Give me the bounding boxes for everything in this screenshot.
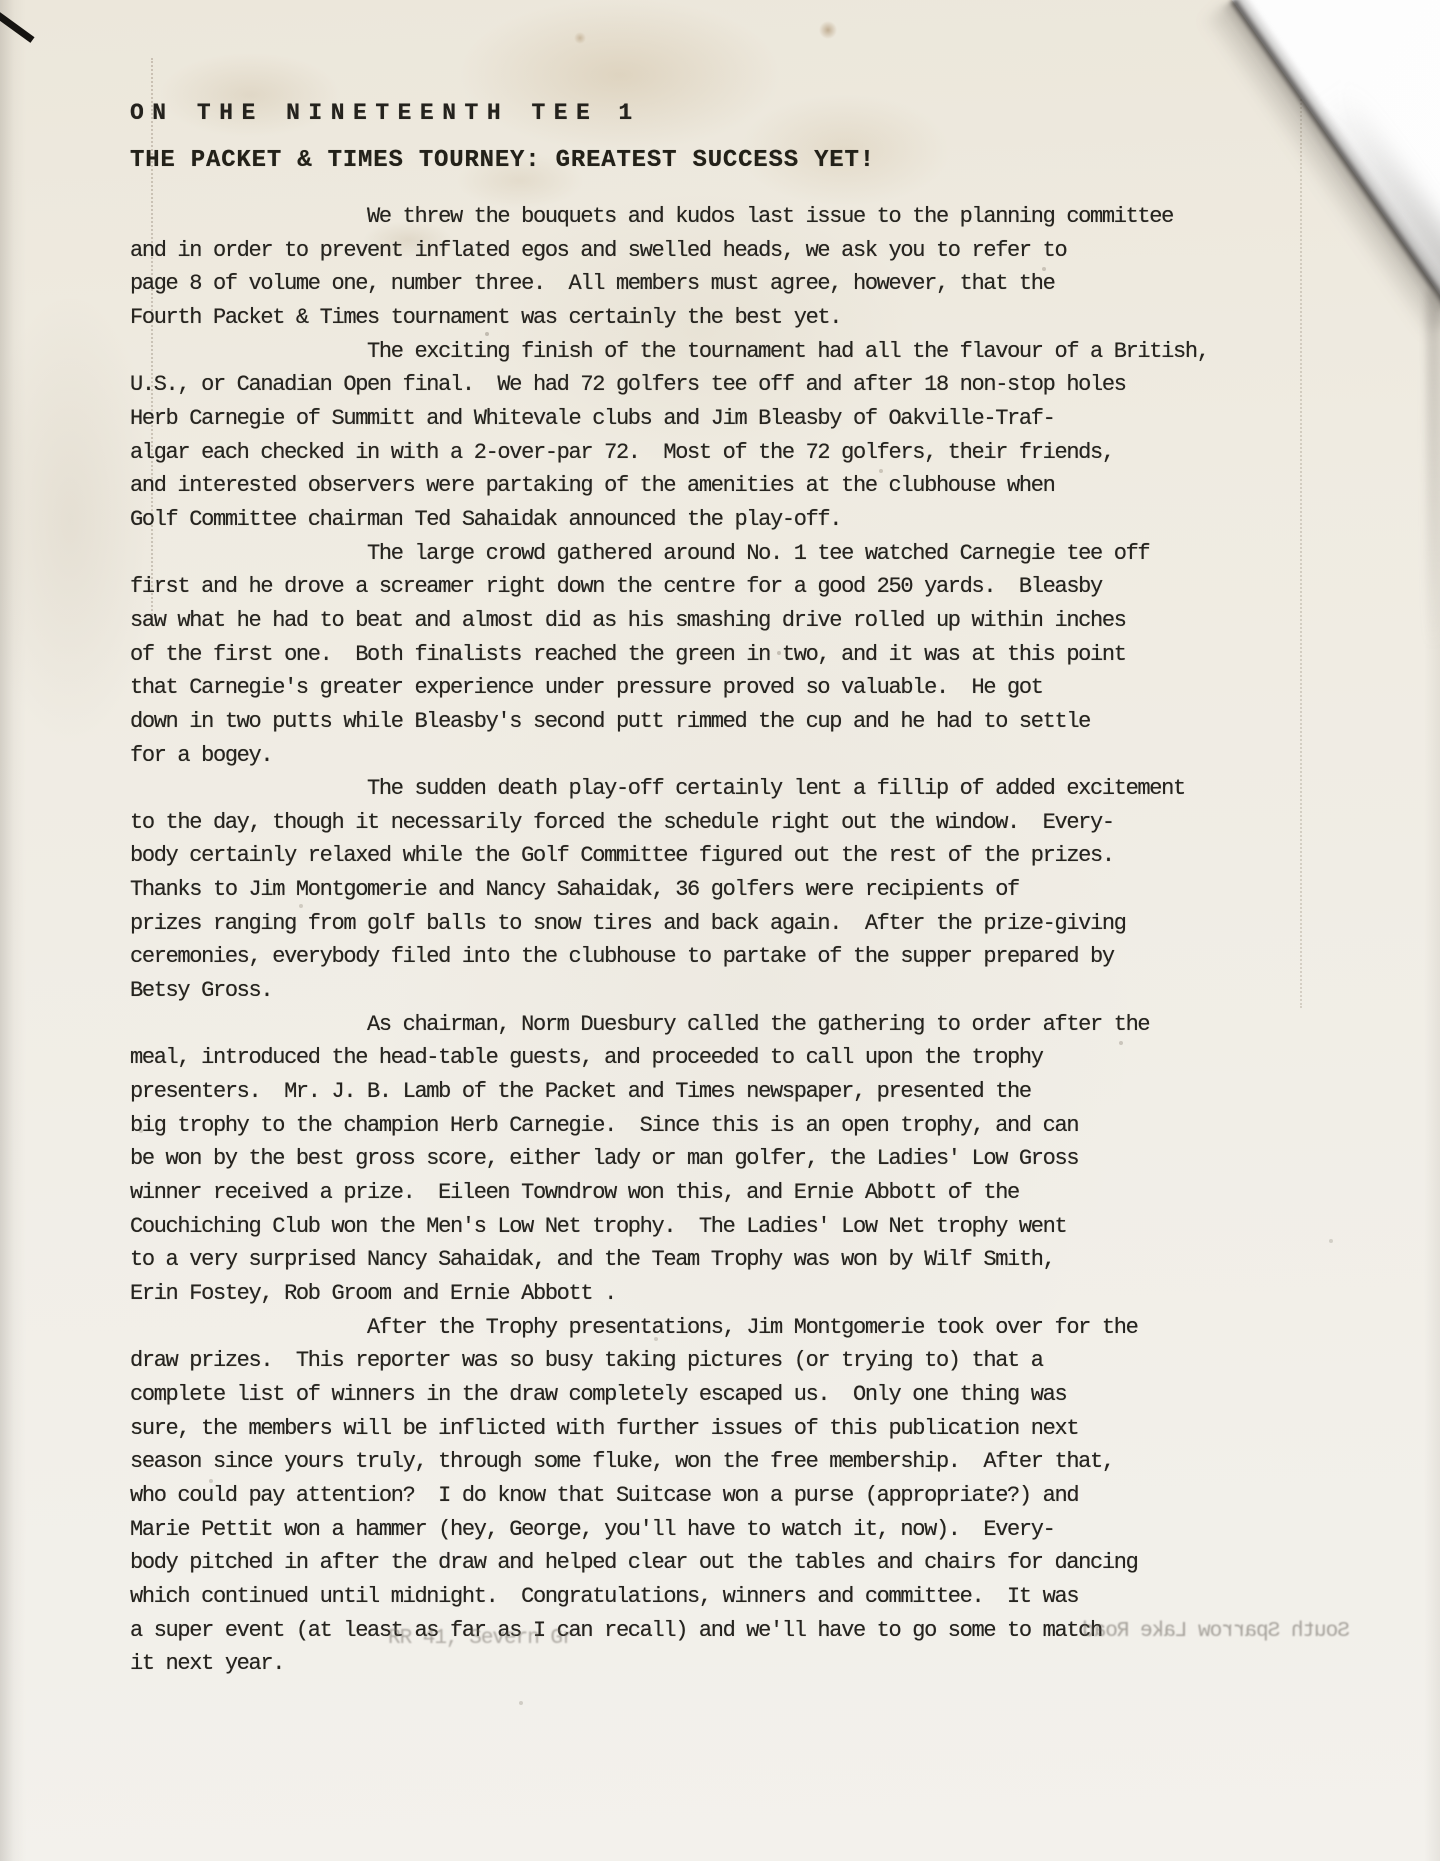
- body-paragraph: The sudden death play-off certainly lent…: [130, 772, 1230, 1008]
- fold-shadow-soft: [1195, 3, 1440, 343]
- article-body: We threw the bouquets and kudos last iss…: [130, 200, 1230, 1681]
- running-header: ON THE NINETEENTH TEE1: [130, 100, 632, 126]
- body-paragraph: The exciting finish of the tournament ha…: [130, 335, 1230, 537]
- body-paragraph: The large crowd gathered around No. 1 te…: [130, 537, 1230, 773]
- body-paragraph: We threw the bouquets and kudos last iss…: [130, 200, 1230, 335]
- right-edge-shade: [1426, 290, 1440, 650]
- paper-specks: [0, 0, 2, 2]
- crease-line-right: [1300, 8, 1302, 1008]
- body-paragraph: As chairman, Norm Duesbury called the ga…: [130, 1008, 1230, 1311]
- body-paragraph: After the Trophy presentations, Jim Mont…: [130, 1311, 1230, 1681]
- fold-crease-shadow: [1221, 0, 1440, 315]
- fold-shadow-upper: [1238, 0, 1440, 313]
- page-number: 1: [618, 100, 632, 126]
- scan-artifact-mark: [0, 2, 35, 43]
- bleed-through-text-left: RR 41, Severn Gr: [388, 1627, 574, 1650]
- running-title: ON THE NINETEENTH TEE: [130, 100, 598, 126]
- article-headline: THE PACKET & TIMES TOURNEY: GREATEST SUC…: [130, 147, 875, 174]
- bleed-through-text-right: South Sparrow Lake Road: [1083, 1620, 1350, 1643]
- scanned-newsletter-page: ON THE NINETEENTH TEE1 THE PACKET & TIME…: [0, 0, 1440, 1861]
